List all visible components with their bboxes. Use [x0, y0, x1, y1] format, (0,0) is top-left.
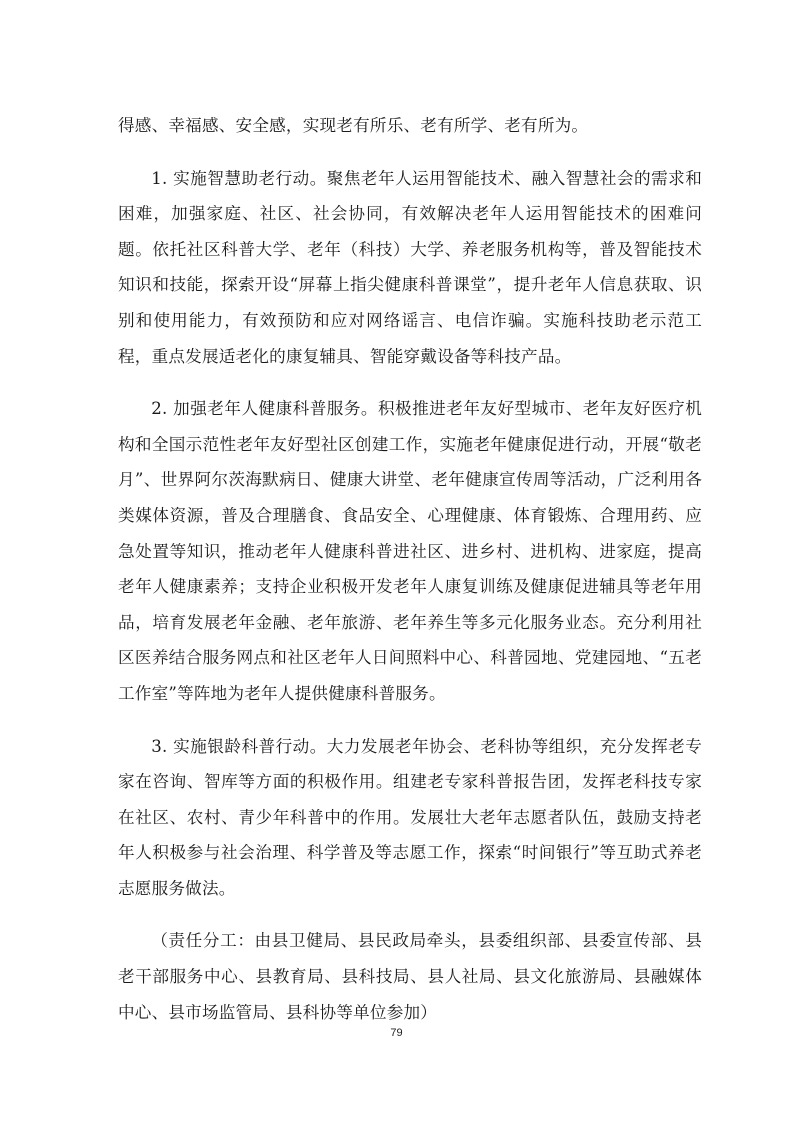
paragraph-responsibility-division: （责任分工：由县卫健局、县民政局牵头，县委组织部、县委宣传部、县老干部服务中心、…: [118, 923, 702, 1030]
paragraph-smart-elderly-assistance: 1. 实施智慧助老行动。聚焦老年人运用智能技术、融入智慧社会的需求和困难，加强家…: [118, 161, 702, 375]
paragraph-elderly-health-science: 2. 加强老年人健康科普服务。积极推进老年友好型城市、老年友好医疗机构和全国示范…: [118, 391, 702, 711]
body-text: 得感、幸福感、安全感，实现老有所乐、老有所学、老有所为。 1. 实施智慧助老行动…: [118, 108, 702, 1047]
paragraph-continuation: 得感、幸福感、安全感，实现老有所乐、老有所学、老有所为。: [118, 108, 702, 144]
document-page: 得感、幸福感、安全感，实现老有所乐、老有所学、老有所为。 1. 实施智慧助老行动…: [0, 0, 793, 1122]
paragraph-silver-age-science: 3. 实施银龄科普行动。大力发展老年协会、老科协等组织，充分发挥老专家在咨询、智…: [118, 729, 702, 907]
page-number: 79: [0, 1027, 793, 1039]
